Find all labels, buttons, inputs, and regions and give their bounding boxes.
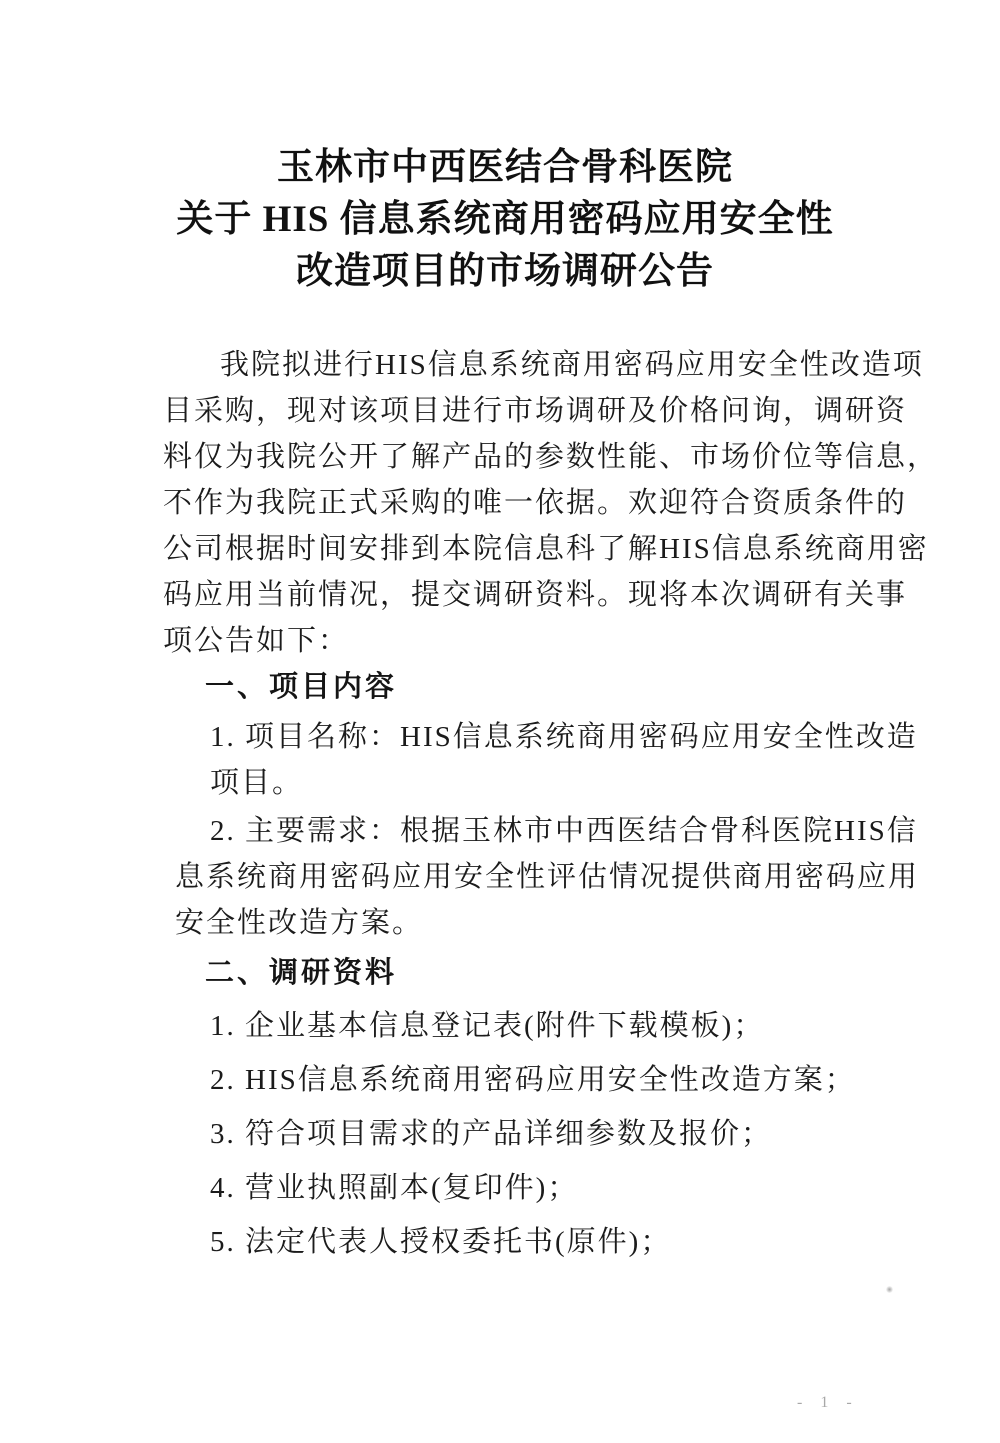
intro-line: 我院拟进行HIS信息系统商用密码应用安全性改造项 [163,342,853,388]
list-item: 2. HIS信息系统商用密码应用安全性改造方案； [163,1057,853,1103]
document-page: 玉林市中西医结合骨科医院 关于 HIS 信息系统商用密码应用安全性 改造项目的市… [0,0,1000,1443]
intro-paragraph: 我院拟进行HIS信息系统商用密码应用安全性改造项 目采购，现对该项目进行市场调研… [163,342,853,664]
doc-title-line-1: 玉林市中西医结合骨科医院 [120,142,890,194]
materials-list: 1. 企业基本信息登记表(附件下载模板)； 2. HIS信息系统商用密码应用安全… [163,1003,853,1265]
item-1-line: 1. 项目名称：HIS信息系统商用密码应用安全性改造 [163,714,853,760]
list-item: 4. 营业执照副本(复印件)； [163,1165,853,1211]
section-1-item-1: 1. 项目名称：HIS信息系统商用密码应用安全性改造 项目。 [163,714,853,806]
intro-line: 目采购，现对该项目进行市场调研及价格问询，调研资 [163,388,853,434]
section-2-heading: 二、调研资料 [163,950,853,996]
item-2-line: 息系统商用密码应用安全性评估情况提供商用密码应用 [163,854,853,900]
intro-line: 项公告如下： [163,618,853,664]
intro-line: 公司根据时间安排到本院信息科了解HIS信息系统商用密 [163,526,853,572]
intro-line: 料仅为我院公开了解产品的参数性能、市场价位等信息， [163,434,853,480]
item-2-line: 安全性改造方案。 [163,900,853,946]
doc-title-line-2: 关于 HIS 信息系统商用密码应用安全性 [120,194,890,246]
list-item: 5. 法定代表人授权委托书(原件)； [163,1219,853,1265]
list-item: 1. 企业基本信息登记表(附件下载模板)； [163,1003,853,1049]
section-1-item-2: 2. 主要需求：根据玉林市中西医结合骨科医院HIS信 息系统商用密码应用安全性评… [163,808,853,946]
doc-title: 玉林市中西医结合骨科医院 关于 HIS 信息系统商用密码应用安全性 改造项目的市… [120,0,890,298]
item-1-line: 项目。 [163,760,853,806]
section-1-heading: 一、项目内容 [163,664,853,710]
item-2-line: 2. 主要需求：根据玉林市中西医结合骨科医院HIS信 [163,808,853,854]
intro-line: 不作为我院正式采购的唯一依据。欢迎符合资质条件的 [163,480,853,526]
scan-artifact-speck [886,1286,893,1293]
doc-title-line-3: 改造项目的市场调研公告 [120,246,890,298]
doc-body: 我院拟进行HIS信息系统商用密码应用安全性改造项 目采购，现对该项目进行市场调研… [163,342,853,1265]
page-number: - 1 - [797,1394,859,1412]
list-item: 3. 符合项目需求的产品详细参数及报价； [163,1111,853,1157]
intro-line: 码应用当前情况，提交调研资料。现将本次调研有关事 [163,572,853,618]
